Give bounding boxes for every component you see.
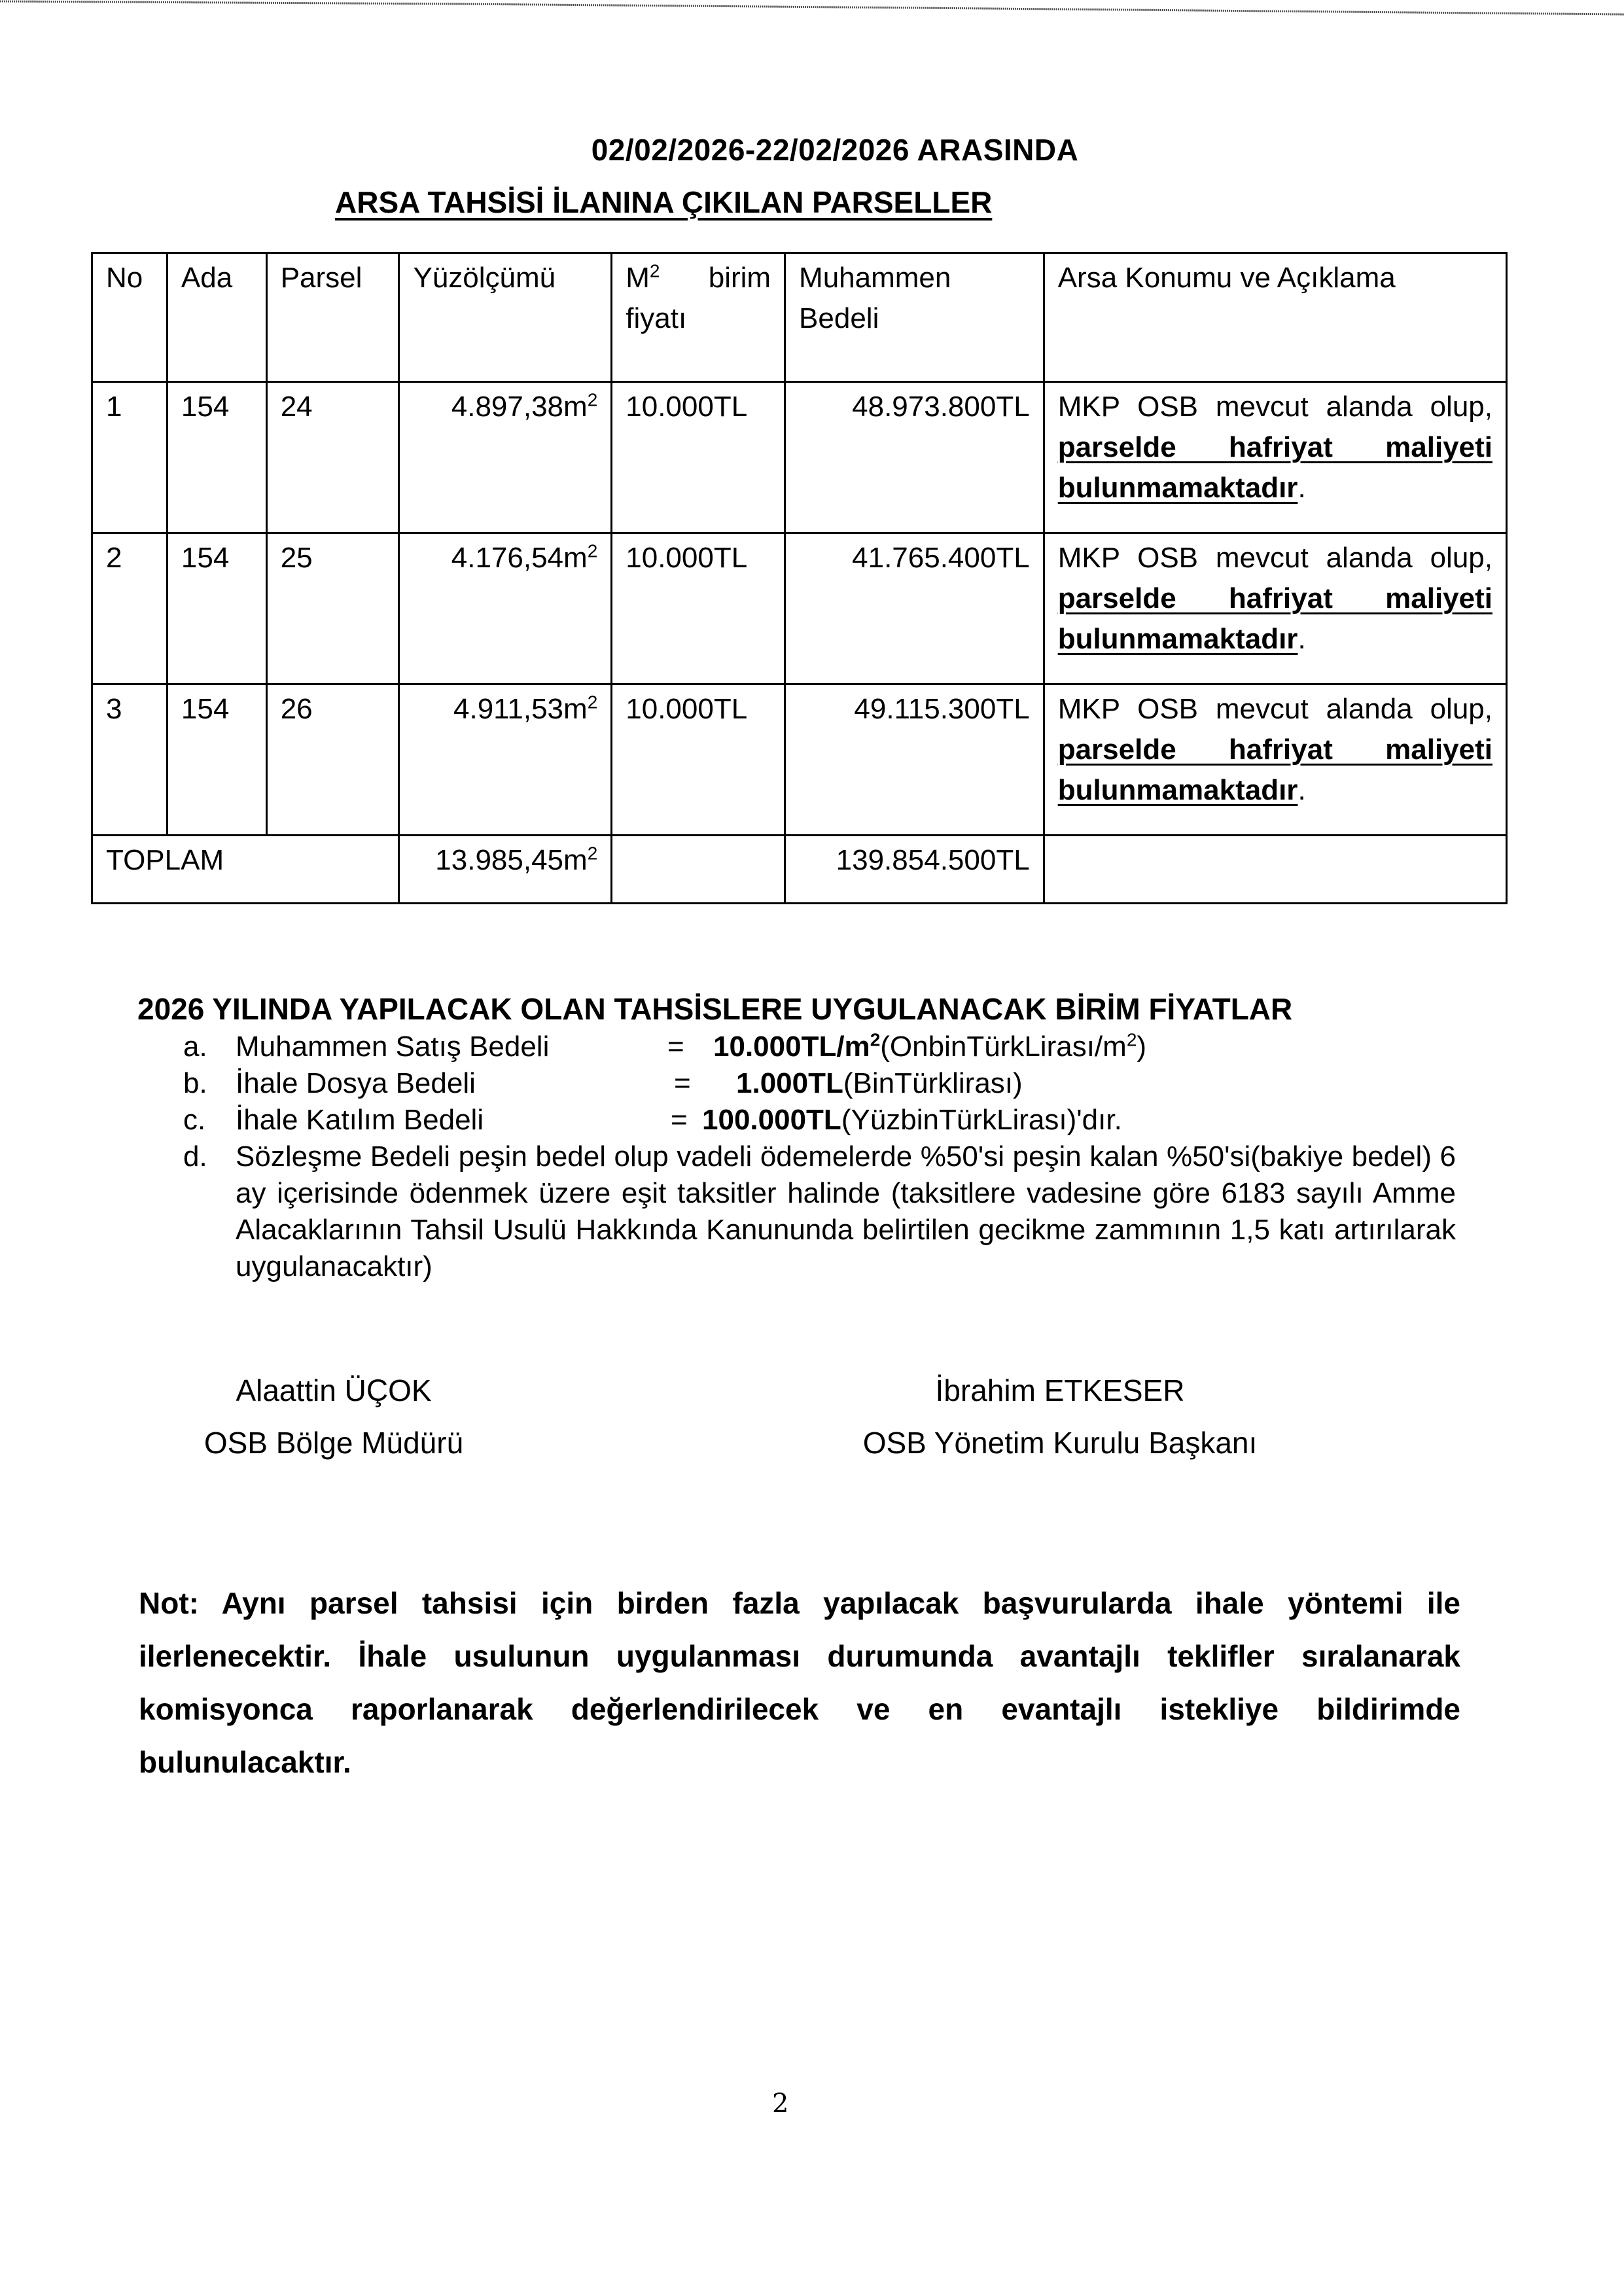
table-total-row: TOPLAM 13.985,45m2 139.854.500TL [92, 836, 1507, 904]
cell-area: 4.176,54m2 [399, 533, 612, 684]
col-header-no: No [92, 253, 168, 382]
page-number: 2 [772, 2089, 788, 2119]
signatory-name: İbrahim ETKESER [824, 1364, 1296, 1417]
total-area: 13.985,45m2 [399, 836, 612, 904]
col-header-estimated-value: Muhammen Bedeli [785, 253, 1044, 382]
signature-block: Alaattin ÜÇOK OSB Bölge Müdürü [170, 1364, 497, 1469]
cell-area: 4.897,38m2 [399, 382, 612, 533]
cell-unit-price: 10.000TL [612, 533, 785, 684]
scan-artifact-line [0, 0, 1624, 16]
cell-no: 2 [92, 533, 168, 684]
cell-estimated-value: 49.115.300TL [785, 684, 1044, 836]
total-unit-price-empty [612, 836, 785, 904]
table-row: 3 154 26 4.911,53m2 10.000TL 49.115.300T… [92, 684, 1507, 836]
signatory-name: Alaattin ÜÇOK [170, 1364, 497, 1417]
cell-no: 1 [92, 382, 168, 533]
col-header-parsel: Parsel [266, 253, 399, 382]
table-header-row: No Ada Parsel Yüzölçümü M2birim fiyatı M… [92, 253, 1507, 382]
list-item: d. Sözleşme Bedeli peşin bedel olup vade… [183, 1139, 1459, 1285]
cell-ada: 154 [167, 382, 266, 533]
cell-ada: 154 [167, 684, 266, 836]
cell-description: MKP OSB mevcut alanda olup, parselde haf… [1044, 533, 1506, 684]
col-header-description: Arsa Konumu ve Açıklama [1044, 253, 1506, 382]
cell-estimated-value: 41.765.400TL [785, 533, 1044, 684]
parcels-table: No Ada Parsel Yüzölçümü M2birim fiyatı M… [91, 252, 1508, 904]
table-row: 1 154 24 4.897,38m2 10.000TL 48.973.800T… [92, 382, 1507, 533]
note-paragraph: Not: Aynı parsel tahsisi için birden faz… [139, 1577, 1460, 1789]
signatory-title: OSB Yönetim Kurulu Başkanı [824, 1417, 1296, 1469]
list-item: b. İhale Dosya Bedeli = 1.000TL(BinTürkl… [183, 1065, 1459, 1102]
cell-parsel: 24 [266, 382, 399, 533]
unit-prices-list: a. Muhammen Satış Bedeli = 10.000TL/m2(O… [183, 1029, 1459, 1285]
list-item: c. İhale Katılım Bedeli = 100.000TL(Yüzb… [183, 1102, 1459, 1139]
date-range-heading: 02/02/2026-22/02/2026 ARASINDA [0, 132, 1624, 168]
unit-prices-heading: 2026 YILINDA YAPILACAK OLAN TAHSİSLERE U… [137, 991, 1292, 1027]
cell-ada: 154 [167, 533, 266, 684]
table-row: 2 154 25 4.176,54m2 10.000TL 41.765.400T… [92, 533, 1507, 684]
total-description-empty [1044, 836, 1506, 904]
cell-estimated-value: 48.973.800TL [785, 382, 1044, 533]
cell-unit-price: 10.000TL [612, 684, 785, 836]
page-title: ARSA TAHSİSİ İLANINA ÇIKILAN PARSELLER [335, 185, 992, 220]
signature-block: İbrahim ETKESER OSB Yönetim Kurulu Başka… [824, 1364, 1296, 1469]
cell-unit-price: 10.000TL [612, 382, 785, 533]
cell-parsel: 26 [266, 684, 399, 836]
total-label: TOPLAM [92, 836, 399, 904]
list-item: a. Muhammen Satış Bedeli = 10.000TL/m2(O… [183, 1029, 1459, 1065]
col-header-area: Yüzölçümü [399, 253, 612, 382]
cell-description: MKP OSB mevcut alanda olup, parselde haf… [1044, 382, 1506, 533]
cell-no: 3 [92, 684, 168, 836]
cell-description: MKP OSB mevcut alanda olup, parselde haf… [1044, 684, 1506, 836]
col-header-ada: Ada [167, 253, 266, 382]
cell-area: 4.911,53m2 [399, 684, 612, 836]
total-estimated-value: 139.854.500TL [785, 836, 1044, 904]
cell-parsel: 25 [266, 533, 399, 684]
signatory-title: OSB Bölge Müdürü [170, 1417, 497, 1469]
col-header-unit-price: M2birim fiyatı [612, 253, 785, 382]
